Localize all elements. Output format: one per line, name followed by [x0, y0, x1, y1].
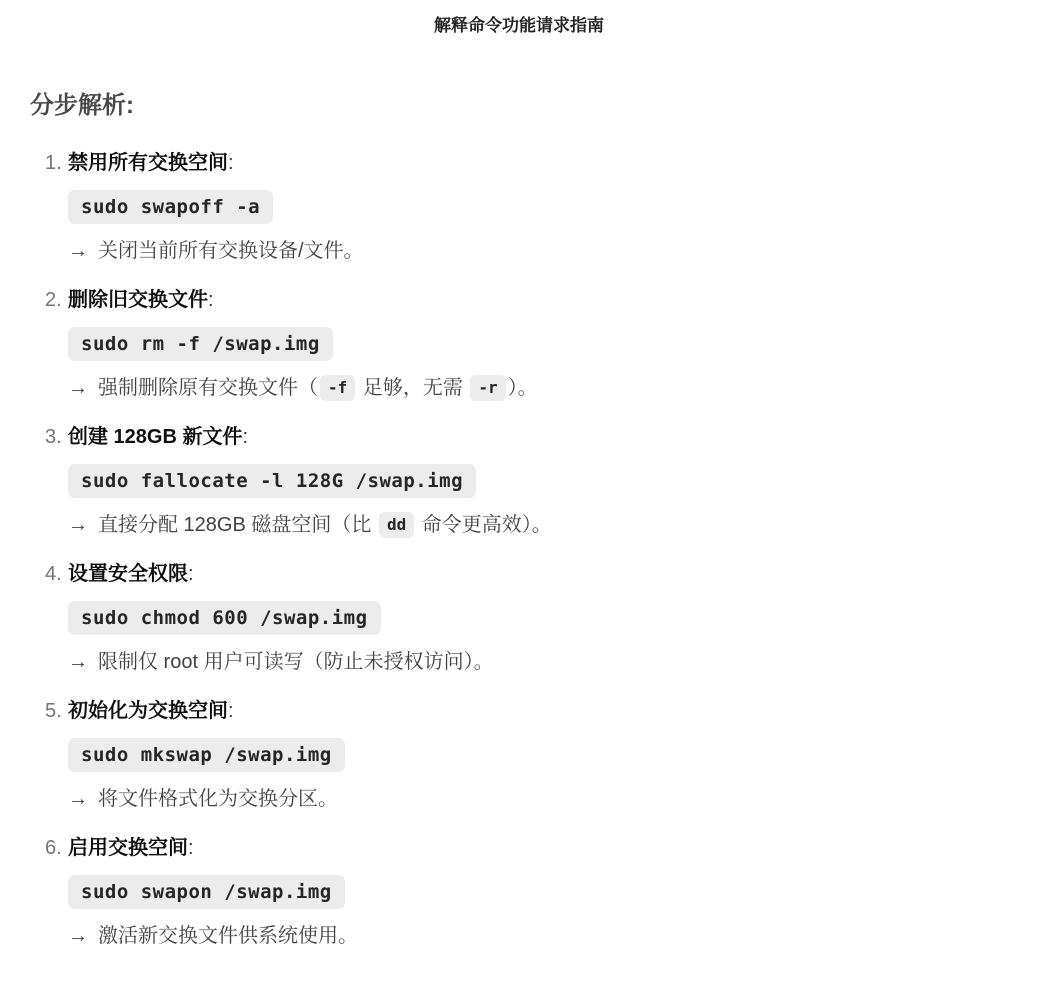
arrow-icon: →: [68, 788, 88, 810]
inline-code: -f: [320, 375, 355, 401]
explanation-text: 关闭当前所有交换设备/文件。: [98, 240, 364, 262]
command-line: sudo rm -f /swap.img: [68, 327, 1038, 361]
step-heading-colon: :: [188, 559, 194, 589]
arrow-icon: →: [68, 240, 88, 262]
step-heading: 删除旧交换文件: [68, 285, 208, 315]
explanation-text: 激活新交换文件供系统使用。: [98, 925, 358, 947]
explanation-text: 强制删除原有交换文件（: [98, 377, 318, 399]
step-heading-line: 3.创建 128GB 新文件:: [45, 422, 1038, 452]
explanation-text: 限制仅 root 用户可读写（防止未授权访问）。: [98, 651, 494, 673]
step-heading: 初始化为交换空间: [68, 696, 228, 726]
command-code: sudo mkswap /swap.img: [68, 738, 345, 772]
step-number: 6.: [45, 833, 68, 863]
section-heading-colon: :: [126, 92, 134, 119]
step-explanation: →将文件格式化为交换分区。: [68, 784, 1038, 814]
command-code: sudo swapoff -a: [68, 190, 273, 224]
arrow-icon: →: [68, 925, 88, 947]
explanation-text: ）。: [508, 377, 538, 399]
page-title: 解释命令功能请求指南: [0, 14, 1038, 38]
command-line: sudo fallocate -l 128G /swap.img: [68, 464, 1038, 498]
command-line: sudo swapon /swap.img: [68, 875, 1038, 909]
step-item: 6.启用交换空间:sudo swapon /swap.img→激活新交换文件供系…: [45, 833, 1038, 951]
step-heading-colon: :: [228, 148, 234, 178]
arrow-icon: →: [68, 514, 88, 536]
command-code: sudo fallocate -l 128G /swap.img: [68, 464, 476, 498]
step-number: 4.: [45, 559, 68, 589]
step-item: 2.删除旧交换文件:sudo rm -f /swap.img→强制删除原有交换文…: [45, 285, 1038, 403]
step-item: 1.禁用所有交换空间:sudo swapoff -a→关闭当前所有交换设备/文件…: [45, 148, 1038, 266]
step-heading: 启用交换空间: [68, 833, 188, 863]
step-heading-colon: :: [228, 696, 234, 726]
step-item: 4.设置安全权限:sudo chmod 600 /swap.img→限制仅 ro…: [45, 559, 1038, 677]
step-number: 3.: [45, 422, 68, 452]
section-heading: 分步解析:: [30, 90, 1038, 122]
step-heading-colon: :: [242, 422, 248, 452]
step-explanation: →限制仅 root 用户可读写（防止未授权访问）。: [68, 647, 1038, 677]
explanation-text: 将文件格式化为交换分区。: [98, 788, 338, 810]
explanation-text: 命令更高效）。: [416, 514, 552, 536]
step-explanation: →激活新交换文件供系统使用。: [68, 921, 1038, 951]
step-heading-colon: :: [188, 833, 194, 863]
step-item: 3.创建 128GB 新文件:sudo fallocate -l 128G /s…: [45, 422, 1038, 540]
step-number: 5.: [45, 696, 68, 726]
step-heading-line: 1.禁用所有交换空间:: [45, 148, 1038, 178]
step-heading-line: 6.启用交换空间:: [45, 833, 1038, 863]
document: 解释命令功能请求指南 分步解析: 1.禁用所有交换空间:sudo swapoff…: [0, 0, 1038, 991]
step-number: 1.: [45, 148, 68, 178]
command-code: sudo chmod 600 /swap.img: [68, 601, 381, 635]
step-heading-line: 4.设置安全权限:: [45, 559, 1038, 589]
step-explanation: →强制删除原有交换文件（-f 足够，无需 -r）。: [68, 373, 1038, 403]
inline-code: dd: [379, 512, 414, 538]
step-heading: 禁用所有交换空间: [68, 148, 228, 178]
step-explanation: →关闭当前所有交换设备/文件。: [68, 236, 1038, 266]
step-number: 2.: [45, 285, 68, 315]
section-heading-text: 分步解析: [30, 92, 126, 119]
step-heading: 设置安全权限: [68, 559, 188, 589]
step-heading-colon: :: [208, 285, 214, 315]
step-heading-line: 5.初始化为交换空间:: [45, 696, 1038, 726]
command-code: sudo swapon /swap.img: [68, 875, 345, 909]
explanation-text: 直接分配 128GB 磁盘空间（比: [98, 514, 377, 536]
arrow-icon: →: [68, 377, 88, 399]
step-item: 5.初始化为交换空间:sudo mkswap /swap.img→将文件格式化为…: [45, 696, 1038, 814]
steps-list: 1.禁用所有交换空间:sudo swapoff -a→关闭当前所有交换设备/文件…: [45, 148, 1038, 951]
explanation-text: 足够，无需: [357, 377, 468, 399]
command-line: sudo chmod 600 /swap.img: [68, 601, 1038, 635]
command-code: sudo rm -f /swap.img: [68, 327, 333, 361]
arrow-icon: →: [68, 651, 88, 673]
step-heading: 创建 128GB 新文件: [68, 422, 242, 452]
command-line: sudo swapoff -a: [68, 190, 1038, 224]
step-explanation: →直接分配 128GB 磁盘空间（比 dd 命令更高效）。: [68, 510, 1038, 540]
inline-code: -r: [470, 375, 505, 401]
command-line: sudo mkswap /swap.img: [68, 738, 1038, 772]
step-heading-line: 2.删除旧交换文件:: [45, 285, 1038, 315]
